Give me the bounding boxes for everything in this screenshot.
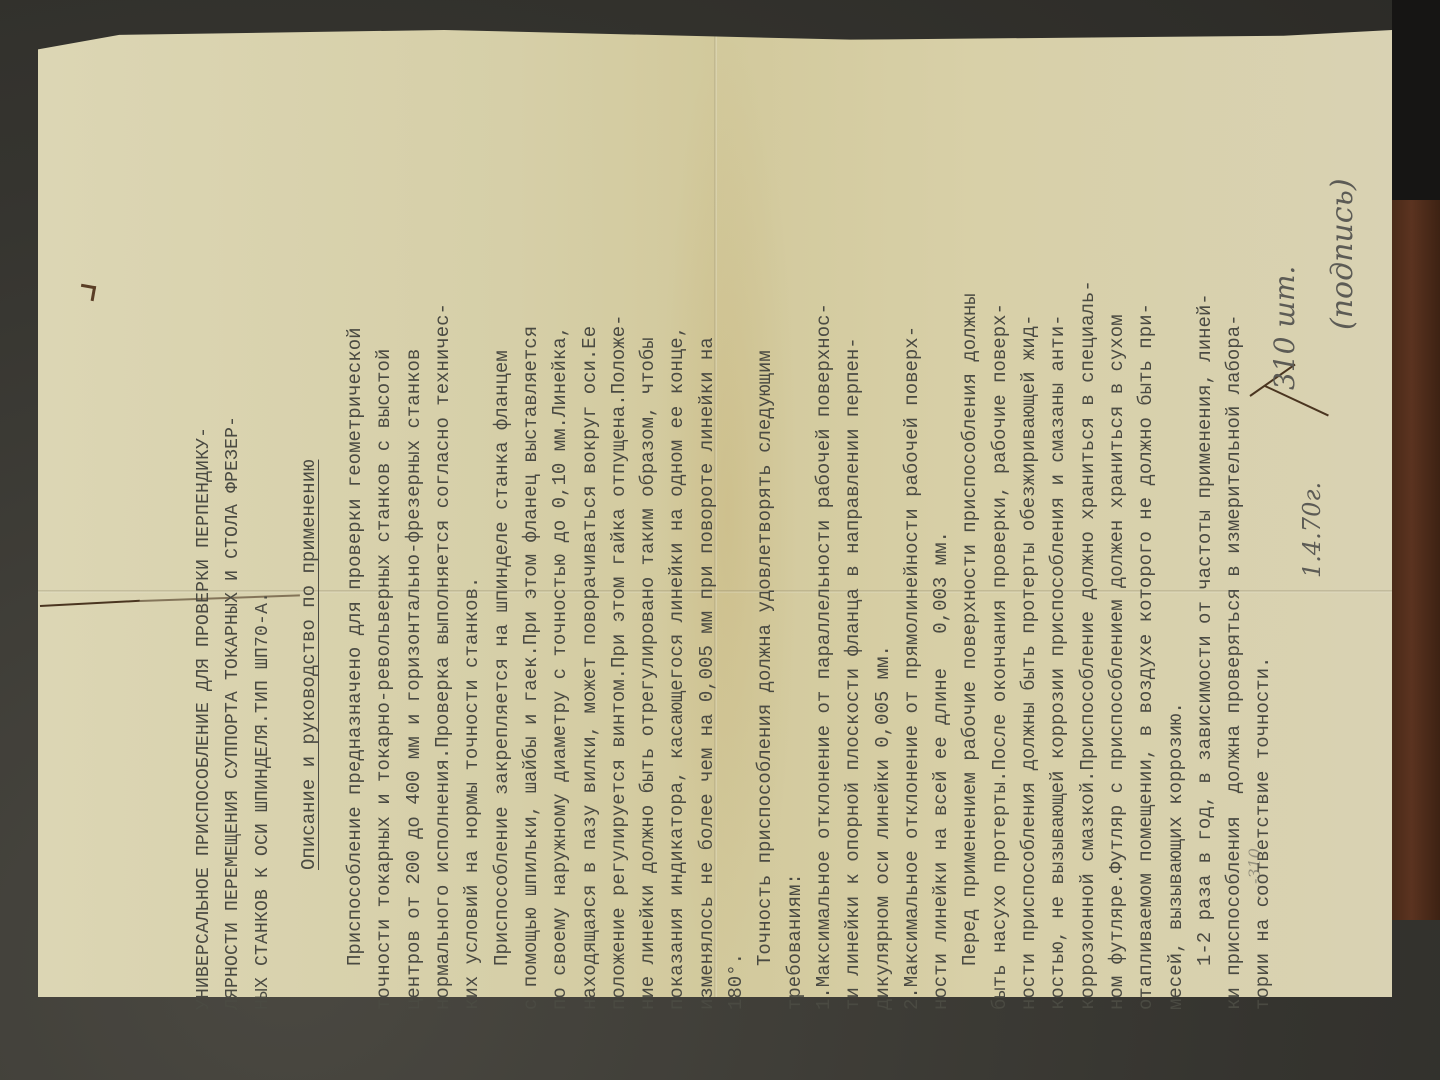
typed-text-block: УНИВЕРСАЛЬНОЕ ПРИСПОСОБЛЕНИЕ ДЛЯ ПРОВЕРК… bbox=[190, 80, 1250, 1010]
body-line: ние линейки должно быть отрегулировано т… bbox=[634, 80, 663, 1010]
title-line-2: ЛЯРНОСТИ ПЕРЕМЕЩЕНИЯ СУППОРТА ТОКАРНЫХ И… bbox=[219, 80, 248, 1010]
body-line: с помощью шпильки, шайбы и гаек.При этом… bbox=[517, 80, 546, 1010]
body-line: изменялось не более чем на 0,005 мм при … bbox=[693, 80, 722, 1010]
corner-mark bbox=[79, 284, 96, 301]
body-line: находящаяся в пазу вилки, может поворачи… bbox=[576, 80, 605, 1010]
body-line: ких условий на нормы точности станков. bbox=[458, 80, 487, 1010]
handwritten-date: 1.4.70г. bbox=[1298, 482, 1326, 578]
body-line: костью, не вызывающей коррозии приспособ… bbox=[1044, 80, 1073, 1010]
body-line: 1-2 раза в год, в зависимости от частоты… bbox=[1191, 80, 1220, 1010]
body-line: 180°. bbox=[722, 80, 751, 1010]
body-line: месей, вызывающих коррозию. bbox=[1162, 80, 1191, 1010]
body-line: требованиям: bbox=[781, 80, 810, 1010]
body-line: Точность приспособления должна удовлетво… bbox=[751, 80, 780, 1010]
handwritten-signature: (подпись) bbox=[1325, 178, 1360, 330]
body-line: дикулярном оси линейки 0,005 мм. bbox=[869, 80, 898, 1010]
body-line: ти линейки к опорной плоскости фланца в … bbox=[839, 80, 868, 1010]
body-line: центров от 200 до 400 мм и горизонтально… bbox=[400, 80, 429, 1010]
body-line: ном футляре.Футляр с приспособлением дол… bbox=[1103, 80, 1132, 1010]
body-line: быть насухо протерты.После окончания про… bbox=[986, 80, 1015, 1010]
body-line: Приспособление закрепляется на шпинделе … bbox=[488, 80, 517, 1010]
body-line: 1.Максимальное отклонение от параллельно… bbox=[810, 80, 839, 1010]
body-line: коррозионной смазкой.Приспособление долж… bbox=[1074, 80, 1103, 1010]
title-line-1: УНИВЕРСАЛЬНОЕ ПРИСПОСОБЛЕНИЕ ДЛЯ ПРОВЕРК… bbox=[190, 80, 219, 1010]
body-line: ности приспособления должны быть протерт… bbox=[1015, 80, 1044, 1010]
handwritten-quantity: 310 шт. bbox=[1268, 266, 1301, 390]
body-line: по своему наружному диаметру с точностью… bbox=[546, 80, 575, 1010]
wood-edge bbox=[1392, 200, 1440, 920]
body-line: показания индикатора, касающегося линейк… bbox=[663, 80, 692, 1010]
body-line: точности токарных и токарно-револьверных… bbox=[370, 80, 399, 1010]
handwritten-faint-note: …-310 bbox=[1245, 848, 1264, 900]
body-line: Перед применением рабочие поверхности пр… bbox=[956, 80, 985, 1010]
body-line: положение регулируется винтом.При этом г… bbox=[605, 80, 634, 1010]
title-line-3: НЫХ СТАНКОВ К ОСИ ШПИНДЕЛЯ.ТИП ШП70-А. bbox=[249, 80, 278, 1010]
body-line: 2.Максимальное отклонение от прямолинейн… bbox=[898, 80, 927, 1010]
body-line: нормального исполнения.Проверка выполняе… bbox=[429, 80, 458, 1010]
body-line: Приспособление предназначено для проверк… bbox=[341, 80, 370, 1010]
body-line: ности линейки на всей ее длине 0,003 мм. bbox=[927, 80, 956, 1010]
body-text: Приспособление предназначено для проверк… bbox=[341, 80, 1279, 1010]
dark-background-corner bbox=[1392, 0, 1440, 200]
body-line: отапливаемом помещении, в воздухе которо… bbox=[1132, 80, 1161, 1010]
section-heading: Описание и руководство по применению bbox=[295, 80, 324, 1010]
